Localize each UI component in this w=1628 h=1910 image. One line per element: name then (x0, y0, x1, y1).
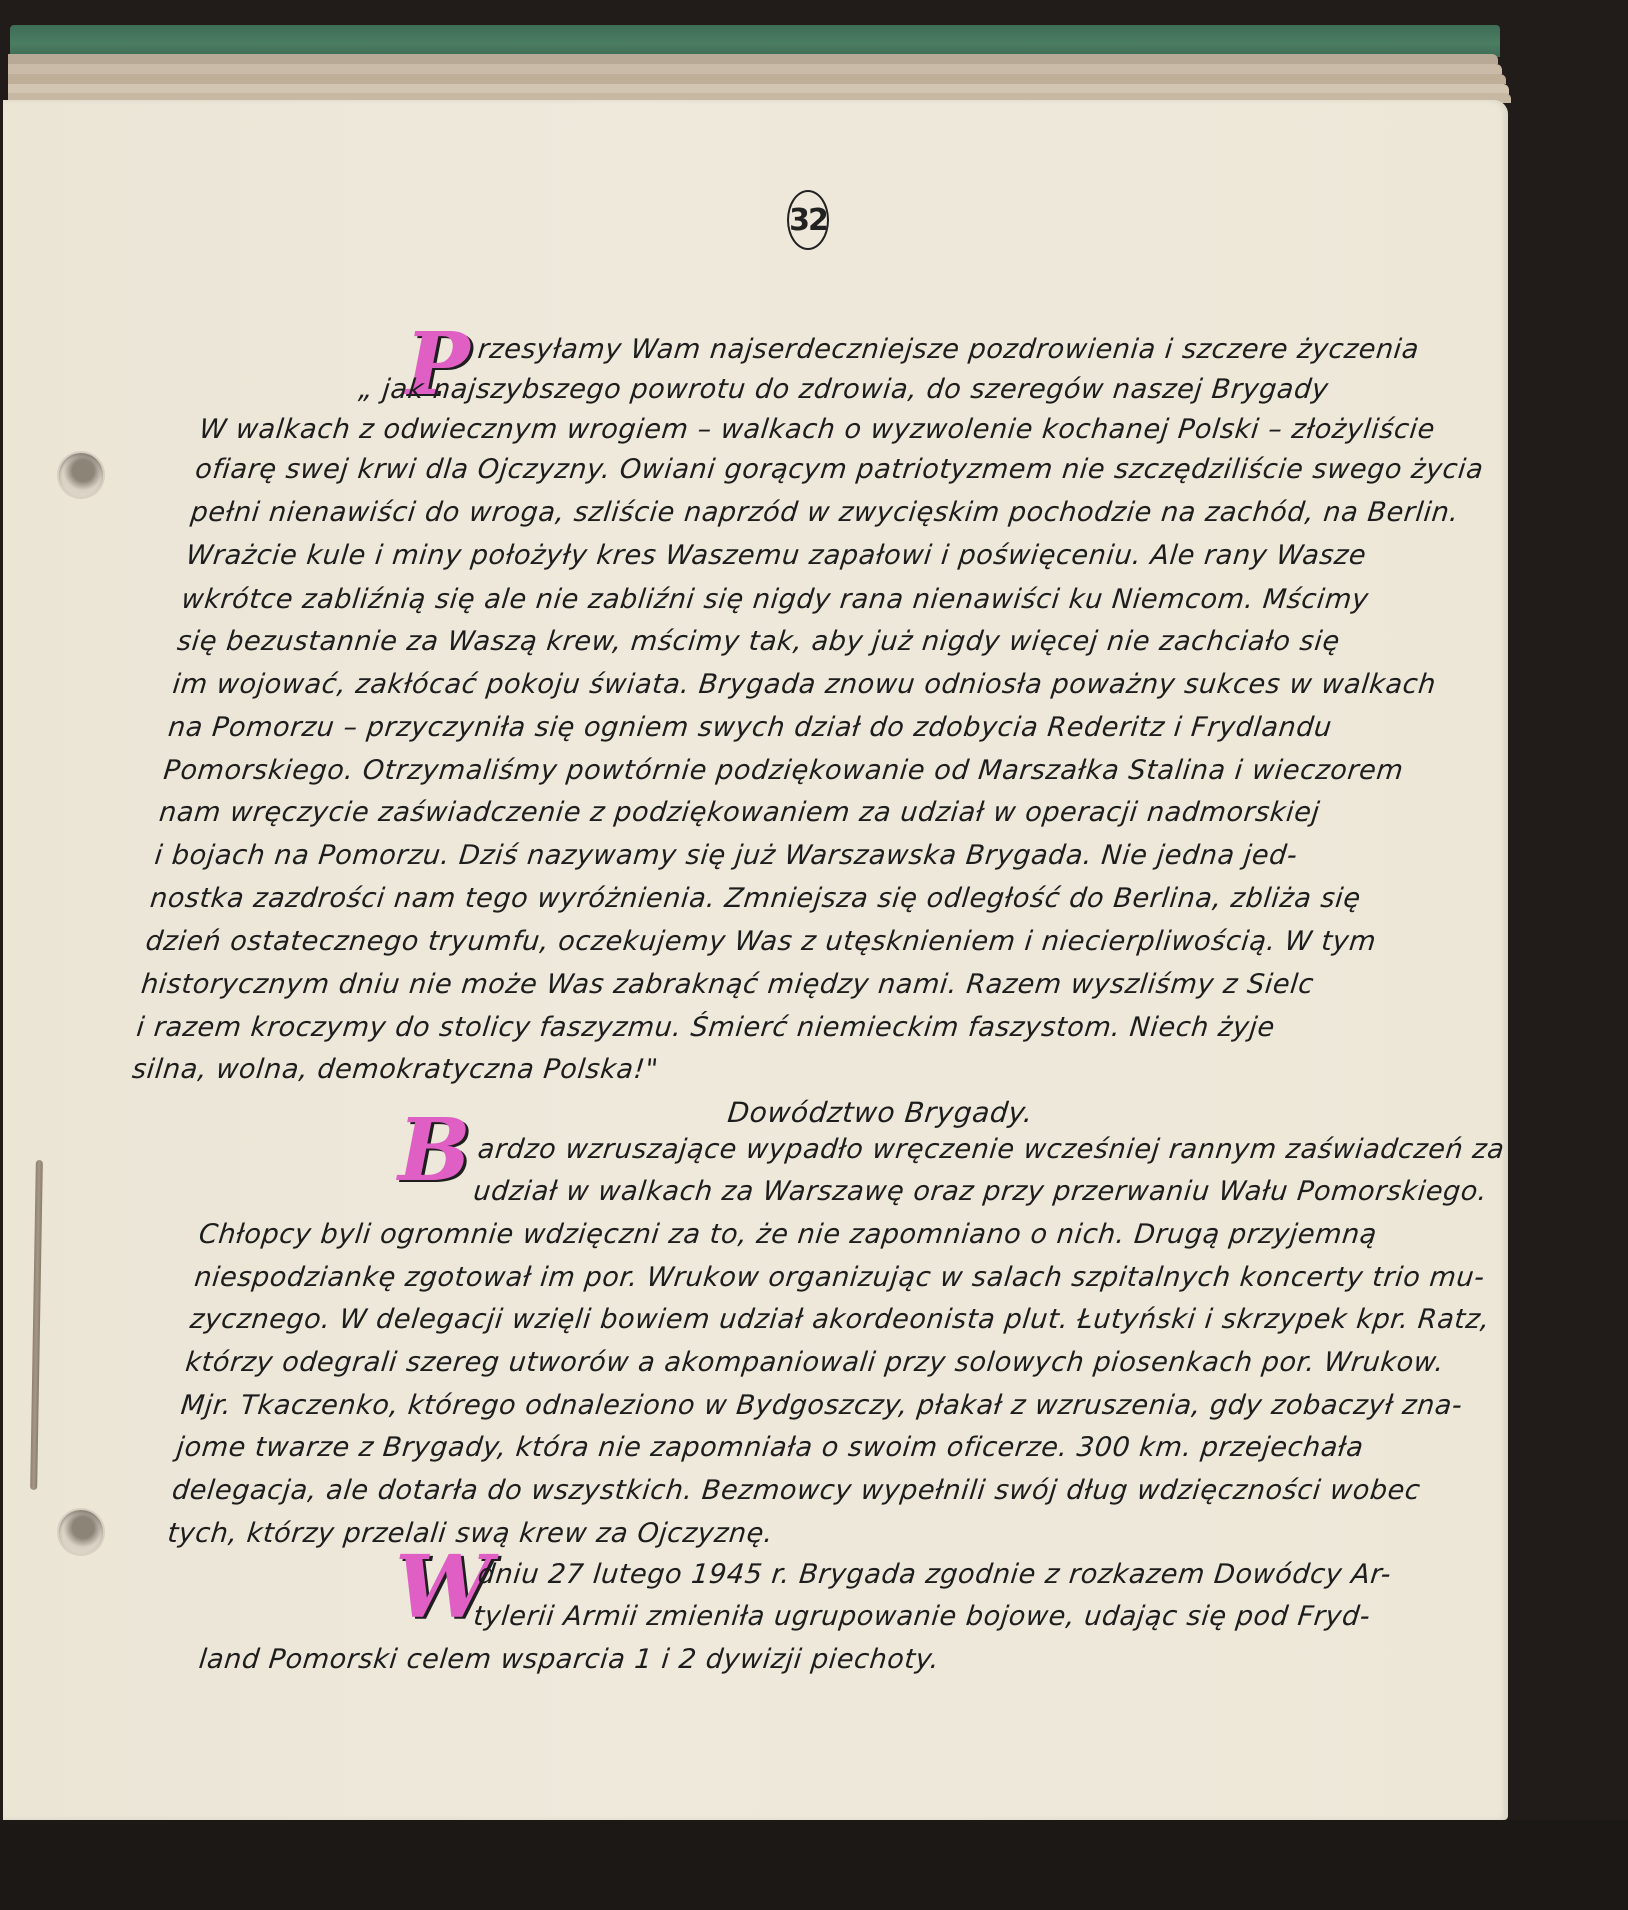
text-line: jome twarze z Brygady, która nie zapomni… (174, 1428, 1365, 1468)
text-line: niespodziankę zgotował im por. Wrukow or… (192, 1258, 1486, 1298)
text-line: wkrótce zabliźnią się ale nie zabliźni s… (180, 580, 1371, 620)
text-line: silna, wolna, demokratyczna Polska!" (130, 1050, 660, 1090)
decorated-initial-b: B (398, 1108, 471, 1194)
text-line: Mjr. Tkaczenko, którego odnaleziono w By… (179, 1386, 1465, 1426)
text-line: ofiarę swej krwi dla Ojczyzny. Owiani go… (193, 450, 1485, 490)
binder-hole-icon (59, 453, 103, 497)
text-line: i razem kroczymy do stolicy faszyzmu. Śm… (135, 1008, 1277, 1048)
binding-string (30, 1160, 43, 1490)
signature: Dowództwo Brygady. (726, 1093, 1035, 1133)
text-line: nostka zazdrości nam tego wyróżnienia. Z… (148, 879, 1363, 919)
page-stack-edge (8, 64, 1502, 74)
text-line: udział w walkach za Warszawę oraz przy p… (471, 1172, 1489, 1212)
text-line: Wrażcie kule i miny położyły kres Waszem… (184, 536, 1368, 576)
text-line: dniu 27 lutego 1945 r. Brygada zgodnie z… (476, 1555, 1393, 1595)
text-line: historycznym dniu nie może Was zabraknąć… (139, 965, 1316, 1005)
text-line: i bojach na Pomorzu. Dziś nazywamy się j… (153, 836, 1300, 876)
text-line: dzień ostatecznego tryumfu, oczekujemy W… (144, 922, 1379, 962)
page-number-badge: 32 (787, 190, 829, 250)
text-line: Pomorskiego. Otrzymaliśmy powtórnie podz… (162, 751, 1406, 791)
text-line: nam wręczycie zaświadczenie z podziękowa… (157, 793, 1322, 833)
text-line: tylerii Armii zmieniła ugrupowanie bojow… (471, 1597, 1372, 1637)
text-line: się bezustannie za Waszą krew, mścimy ta… (175, 622, 1342, 662)
page-stack-edge (8, 54, 1498, 64)
text-line: rzesyłamy Wam najserdeczniejsze pozdrowi… (476, 330, 1421, 370)
text-line: land Pomorski celem wsparcia 1 i 2 dywiz… (197, 1640, 942, 1680)
text-line: którzy odegrali szereg utworów a akompan… (183, 1343, 1446, 1383)
text-line: zycznego. W delegacji wzięli bowiem udzi… (188, 1300, 1492, 1340)
text-line: W walkach z odwiecznym wrogiem – walkach… (197, 410, 1437, 450)
text-line: pełni nienawiści do wroga, szliście napr… (189, 493, 1461, 533)
text-line: ardzo wzruszające wypadło wręczenie wcze… (476, 1130, 1507, 1170)
scan-background (0, 1820, 1628, 1910)
text-line: „ jak najszybszego powrotu do zdrowia, d… (357, 370, 1331, 410)
text-line: im wojować, zakłócać pokoju świata. Bryg… (171, 665, 1438, 705)
text-line: na Pomorzu – przyczyniła się ogniem swyc… (166, 708, 1334, 748)
text-line: delegacja, ale dotarła do wszystkich. Be… (170, 1471, 1422, 1511)
page-stack-edge (8, 74, 1506, 84)
binder-hole-icon (59, 1510, 103, 1554)
book-cover-spine (10, 25, 1500, 57)
text-line: Chłopcy byli ogromnie wdzięczni za to, ż… (197, 1215, 1379, 1255)
